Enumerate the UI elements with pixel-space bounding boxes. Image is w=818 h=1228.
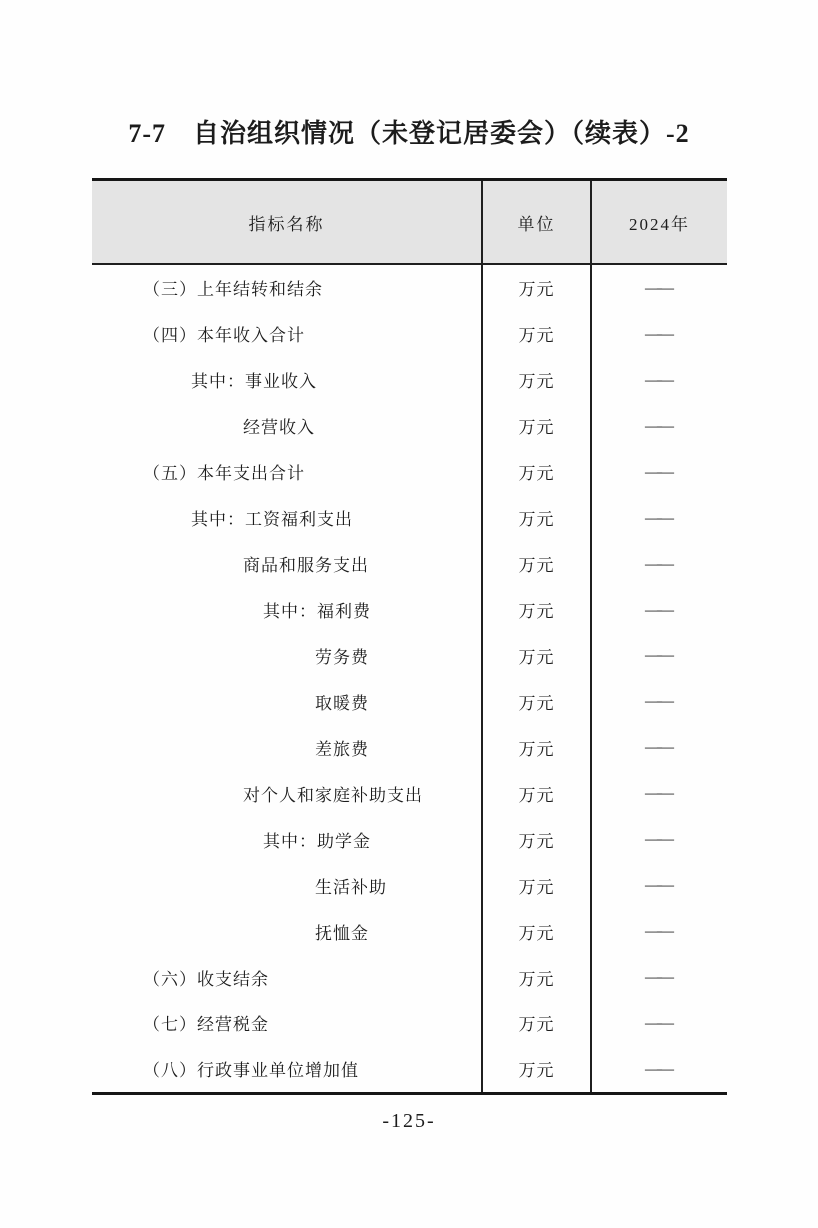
unit-cell: 万元 bbox=[483, 1046, 592, 1092]
value-cell: —— bbox=[592, 265, 727, 311]
value-cell: —— bbox=[592, 541, 727, 587]
indicator-label: 差旅费 bbox=[92, 735, 369, 760]
table-row: 生活补助万元—— bbox=[92, 862, 727, 908]
table-row: 其中：福利费万元—— bbox=[92, 587, 727, 633]
value-cell: —— bbox=[592, 311, 727, 357]
indicator-label: （八）行政事业单位增加值 bbox=[92, 1056, 359, 1081]
indicator-label: 取暖费 bbox=[92, 689, 369, 714]
value-cell: —— bbox=[592, 357, 727, 403]
unit-cell: 万元 bbox=[483, 495, 592, 541]
table-row: （六）收支结余万元—— bbox=[92, 954, 727, 1000]
unit-cell: 万元 bbox=[483, 265, 592, 311]
table-header-row: 指标名称 单位 2024年 bbox=[92, 181, 727, 265]
indicator-label: （三）上年结转和结余 bbox=[92, 275, 323, 300]
indicator-cell: 生活补助 bbox=[92, 862, 483, 908]
value-cell: —— bbox=[592, 678, 727, 724]
value-dash: —— bbox=[645, 370, 674, 390]
indicator-cell: 取暖费 bbox=[92, 678, 483, 724]
unit-cell: 万元 bbox=[483, 908, 592, 954]
value-cell: —— bbox=[592, 495, 727, 541]
unit-label: 万元 bbox=[519, 827, 555, 852]
unit-label: 万元 bbox=[519, 459, 555, 484]
indicator-label: 抚恤金 bbox=[92, 919, 369, 944]
unit-label: 万元 bbox=[519, 643, 555, 668]
value-dash: —— bbox=[645, 462, 674, 482]
header-unit: 单位 bbox=[483, 181, 592, 263]
unit-label: 万元 bbox=[519, 965, 555, 990]
indicator-cell: （六）收支结余 bbox=[92, 954, 483, 1000]
unit-cell: 万元 bbox=[483, 954, 592, 1000]
unit-label: 万元 bbox=[519, 413, 555, 438]
indicator-cell: （四）本年收入合计 bbox=[92, 311, 483, 357]
unit-cell: 万元 bbox=[483, 449, 592, 495]
unit-cell: 万元 bbox=[483, 541, 592, 587]
statistics-table: 指标名称 单位 2024年 （三）上年结转和结余万元——（四）本年收入合计万元—… bbox=[92, 178, 727, 1095]
unit-label: 万元 bbox=[519, 735, 555, 760]
header-year-2024: 2024年 bbox=[592, 181, 727, 263]
table-row: （七）经营税金万元—— bbox=[92, 1000, 727, 1046]
indicator-cell: （七）经营税金 bbox=[92, 1000, 483, 1046]
value-dash: —— bbox=[645, 600, 674, 620]
unit-label: 万元 bbox=[519, 321, 555, 346]
table-row: 其中：工资福利支出万元—— bbox=[92, 495, 727, 541]
unit-label: 万元 bbox=[519, 781, 555, 806]
indicator-label: 其中：福利费 bbox=[92, 597, 371, 622]
value-dash: —— bbox=[645, 1013, 674, 1033]
value-dash: —— bbox=[645, 967, 674, 987]
value-dash: —— bbox=[645, 921, 674, 941]
indicator-cell: 经营收入 bbox=[92, 403, 483, 449]
unit-label: 万元 bbox=[519, 275, 555, 300]
value-dash: —— bbox=[645, 783, 674, 803]
value-cell: —— bbox=[592, 403, 727, 449]
indicator-cell: 其中：工资福利支出 bbox=[92, 495, 483, 541]
unit-cell: 万元 bbox=[483, 724, 592, 770]
value-dash: —— bbox=[645, 875, 674, 895]
indicator-cell: 对个人和家庭补助支出 bbox=[92, 770, 483, 816]
unit-label: 万元 bbox=[519, 367, 555, 392]
unit-label: 万元 bbox=[519, 1056, 555, 1081]
table-row: 劳务费万元—— bbox=[92, 633, 727, 679]
indicator-label: 劳务费 bbox=[92, 643, 369, 668]
unit-label: 万元 bbox=[519, 505, 555, 530]
table-row: 差旅费万元—— bbox=[92, 724, 727, 770]
value-cell: —— bbox=[592, 908, 727, 954]
unit-cell: 万元 bbox=[483, 1000, 592, 1046]
indicator-label: 生活补助 bbox=[92, 873, 387, 898]
indicator-cell: （三）上年结转和结余 bbox=[92, 265, 483, 311]
table-row: 其中：事业收入万元—— bbox=[92, 357, 727, 403]
indicator-label: 经营收入 bbox=[92, 413, 315, 438]
unit-label: 万元 bbox=[519, 551, 555, 576]
indicator-label: （七）经营税金 bbox=[92, 1010, 269, 1035]
value-dash: —— bbox=[645, 737, 674, 757]
value-cell: —— bbox=[592, 587, 727, 633]
value-dash: —— bbox=[645, 416, 674, 436]
table-row: （三）上年结转和结余万元—— bbox=[92, 265, 727, 311]
value-dash: —— bbox=[645, 554, 674, 574]
indicator-label: （四）本年收入合计 bbox=[92, 321, 305, 346]
indicator-label: 其中：事业收入 bbox=[92, 367, 317, 392]
indicator-cell: 抚恤金 bbox=[92, 908, 483, 954]
value-cell: —— bbox=[592, 1000, 727, 1046]
table-row: （四）本年收入合计万元—— bbox=[92, 311, 727, 357]
value-cell: —— bbox=[592, 954, 727, 1000]
indicator-cell: 其中：助学金 bbox=[92, 816, 483, 862]
indicator-cell: 差旅费 bbox=[92, 724, 483, 770]
indicator-cell: 其中：事业收入 bbox=[92, 357, 483, 403]
value-dash: —— bbox=[645, 1059, 674, 1079]
unit-cell: 万元 bbox=[483, 816, 592, 862]
indicator-cell: 商品和服务支出 bbox=[92, 541, 483, 587]
value-cell: —— bbox=[592, 770, 727, 816]
indicator-label: 商品和服务支出 bbox=[92, 551, 369, 576]
table-row: （五）本年支出合计万元—— bbox=[92, 449, 727, 495]
indicator-label: （六）收支结余 bbox=[92, 965, 269, 990]
value-cell: —— bbox=[592, 816, 727, 862]
value-dash: —— bbox=[645, 829, 674, 849]
table-row: （八）行政事业单位增加值万元—— bbox=[92, 1046, 727, 1092]
unit-cell: 万元 bbox=[483, 403, 592, 449]
unit-label: 万元 bbox=[519, 689, 555, 714]
indicator-cell: 其中：福利费 bbox=[92, 587, 483, 633]
value-cell: —— bbox=[592, 1046, 727, 1092]
unit-cell: 万元 bbox=[483, 587, 592, 633]
unit-cell: 万元 bbox=[483, 678, 592, 724]
table-row: 抚恤金万元—— bbox=[92, 908, 727, 954]
value-cell: —— bbox=[592, 633, 727, 679]
value-cell: —— bbox=[592, 862, 727, 908]
value-dash: —— bbox=[645, 324, 674, 344]
indicator-label: （五）本年支出合计 bbox=[92, 459, 305, 484]
page-title: 7-7 自治组织情况（未登记居委会）（续表）-2 bbox=[0, 116, 818, 152]
indicator-cell: 劳务费 bbox=[92, 633, 483, 679]
indicator-label: 对个人和家庭补助支出 bbox=[92, 781, 423, 806]
page-number: -125- bbox=[0, 1110, 818, 1133]
document-page: 7-7 自治组织情况（未登记居委会）（续表）-2 指标名称 单位 2024年 （… bbox=[0, 0, 818, 1228]
value-dash: —— bbox=[645, 278, 674, 298]
unit-cell: 万元 bbox=[483, 633, 592, 679]
value-cell: —— bbox=[592, 449, 727, 495]
unit-cell: 万元 bbox=[483, 770, 592, 816]
table-body: （三）上年结转和结余万元——（四）本年收入合计万元——其中：事业收入万元——经营… bbox=[92, 265, 727, 1092]
unit-cell: 万元 bbox=[483, 357, 592, 403]
table-row: 经营收入万元—— bbox=[92, 403, 727, 449]
value-dash: —— bbox=[645, 691, 674, 711]
unit-cell: 万元 bbox=[483, 862, 592, 908]
table-row: 其中：助学金万元—— bbox=[92, 816, 727, 862]
indicator-label: 其中：工资福利支出 bbox=[92, 505, 353, 530]
value-cell: —— bbox=[592, 724, 727, 770]
value-dash: —— bbox=[645, 645, 674, 665]
value-dash: —— bbox=[645, 508, 674, 528]
table-row: 取暖费万元—— bbox=[92, 678, 727, 724]
indicator-label: 其中：助学金 bbox=[92, 827, 371, 852]
indicator-cell: （五）本年支出合计 bbox=[92, 449, 483, 495]
indicator-cell: （八）行政事业单位增加值 bbox=[92, 1046, 483, 1092]
header-indicator-name: 指标名称 bbox=[92, 181, 483, 263]
unit-label: 万元 bbox=[519, 597, 555, 622]
table-row: 商品和服务支出万元—— bbox=[92, 541, 727, 587]
table-row: 对个人和家庭补助支出万元—— bbox=[92, 770, 727, 816]
unit-label: 万元 bbox=[519, 919, 555, 944]
unit-label: 万元 bbox=[519, 873, 555, 898]
unit-label: 万元 bbox=[519, 1010, 555, 1035]
unit-cell: 万元 bbox=[483, 311, 592, 357]
